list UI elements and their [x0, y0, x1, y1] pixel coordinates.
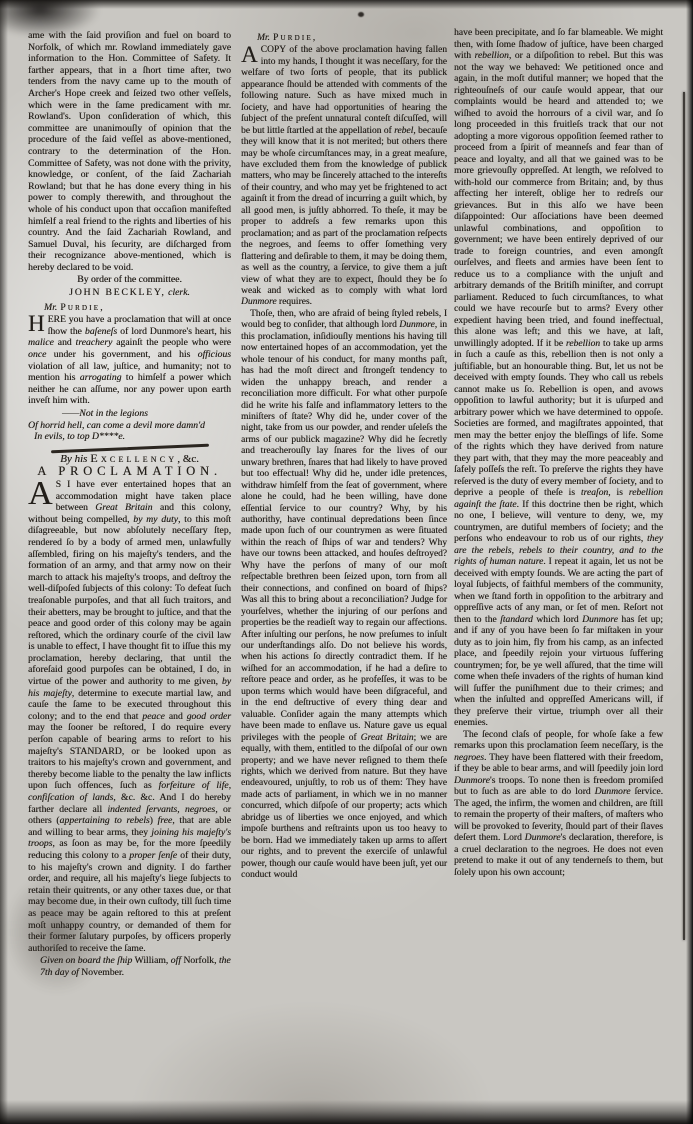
second-class-text: The ſecond claſs of people, for whoſe ſa…	[454, 729, 663, 879]
purdie-salutation-second: Mr.Purdie,	[257, 33, 447, 44]
salutation-name: Purdie,	[60, 302, 105, 313]
by-order-line: By order of the committee.	[28, 274, 231, 286]
clerk-name: JOHN BECKLEY,	[69, 287, 165, 298]
page-edge-top	[0, 0, 693, 9]
commentary-intro-body: COPY of the above proclamation having fa…	[241, 45, 447, 307]
verse-quote: ——Not in the legions Of horrid hell, can…	[28, 408, 231, 443]
ink-speck	[358, 12, 364, 17]
dropcap-a-proclamation: A	[28, 479, 56, 507]
verse-line-3: In evils, to top D****e.	[34, 431, 231, 443]
column-right: have been precipitate, and ſo far blamea…	[454, 27, 663, 878]
commentary-rebels-text: Thoſe, then, who are afraid of being ſty…	[241, 309, 447, 882]
clerk-role: clerk.	[168, 287, 190, 298]
proclamation-body: S I have ever entertained hopes that an …	[28, 479, 231, 954]
page-edge-left	[0, 0, 8, 1124]
excellency-suffix: , &c.	[177, 453, 199, 465]
newspaper-page: ame with the ſaid proviſion and fuel on …	[0, 0, 693, 1124]
proclamation-dateline: Given on board the ſhip William, off Nor…	[28, 955, 231, 978]
salutation-mr: Mr.	[257, 33, 270, 43]
page-edge-right	[686, 0, 693, 1124]
proclamation-heading: A PROCLAMATION.	[28, 466, 231, 478]
first-letter-text: HERE you have a proclamation that will a…	[28, 314, 231, 407]
committee-report-text: ame with the ſaid proviſion and fuel on …	[28, 30, 231, 273]
dropcap-a-copy: A	[241, 45, 261, 64]
salutation-name: Purdie,	[273, 33, 317, 43]
clerk-signature: JOHN BECKLEY, clerk.	[28, 287, 231, 299]
excellency-name: Excellency	[90, 451, 177, 465]
verse-line-2: Of horrid hell, can come a devil more da…	[28, 420, 231, 432]
salutation-mr: Mr.	[44, 302, 57, 313]
purdie-salutation-first: Mr.Purdie,	[44, 302, 231, 314]
column-left: ame with the ſaid proviſion and fuel on …	[28, 30, 231, 979]
verse-line-1: ——Not in the legions	[62, 408, 231, 420]
commentary-continuation-text: have been precipitate, and ſo far blamea…	[454, 27, 663, 729]
commentary-intro-text: ACOPY of the above proclamation having f…	[241, 45, 447, 308]
page-edge-bottom	[0, 1100, 693, 1124]
first-letter-body: ERE you have a proclamation that will at…	[28, 314, 231, 406]
dropcap-h: H	[28, 314, 48, 333]
excellency-by-his: By his	[60, 453, 87, 465]
column-middle: Mr.Purdie, ACOPY of the above proclamati…	[241, 30, 447, 882]
proclamation-text: AS I have ever entertained hopes that an…	[28, 479, 231, 954]
page-fold-line	[683, 92, 685, 940]
